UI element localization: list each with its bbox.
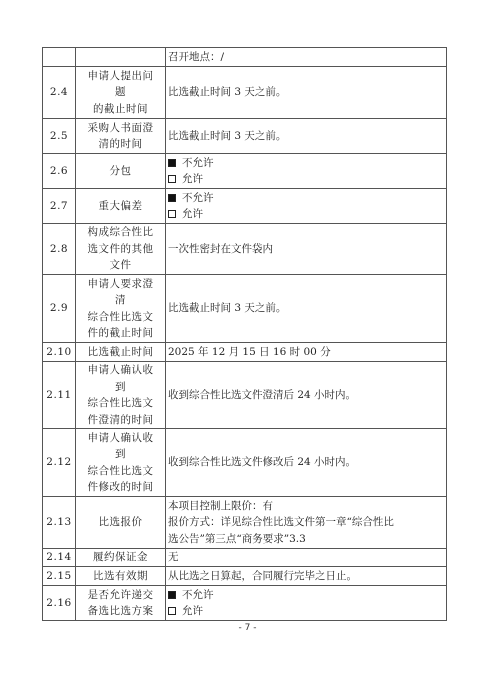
item-label: 申请人要求澄清综合性比选文件的截止时间 [76,275,166,343]
item-label-line: 采购人书面澄 [77,120,164,137]
item-label: 比选有效期 [76,567,166,586]
item-number: 2.7 [43,189,76,224]
item-value-line: 收到综合性比选文件修改后 24 小时内。 [168,454,445,471]
table-row: 2.13比选报价本项目控制上限价：有报价方式：详见综合性比选文件第一章“综合性比… [43,497,447,549]
item-label-line: 备选比选方案 [77,603,164,620]
table-row: 2.11申请人确认收到综合性比选文件澄清的时间收到综合性比选文件澄清后 24 小… [43,362,447,429]
checkbox-option: 允许 [168,171,445,188]
item-value: 一次性密封在文件袋内 [166,224,447,275]
item-label: 比选报价 [76,497,166,549]
item-label-line: 综合性比选文 [77,309,164,326]
checkbox-option-label: 允许 [182,173,203,185]
table-row: 2.15比选有效期从比选之日算起，合同履行完毕之日止。 [43,567,447,586]
item-value: 不允许允许 [166,189,447,224]
item-number: 2.9 [43,275,76,343]
item-number: 2.4 [43,67,76,119]
item-label-line: 构成综合性比 [77,224,164,241]
item-value-line: 比选截止时间 3 天之前。 [168,128,445,145]
item-value: 无 [166,549,447,567]
item-number: 2.8 [43,224,76,275]
item-value: 不允许允许 [166,586,447,621]
item-value: 本项目控制上限价：有报价方式：详见综合性比选文件第一章“综合性比选公告”第三点“… [166,497,447,549]
item-label-line: 综合性比选文 [77,395,164,412]
unchecked-box-icon [168,210,176,218]
item-number: 2.15 [43,567,76,586]
item-label: 比选截止时间 [76,343,166,362]
checkbox-option-label: 不允许 [182,589,214,601]
table-row: 召开地点：/ [43,48,447,67]
checkbox-option-label: 不允许 [182,192,214,204]
item-value: 比选截止时间 3 天之前。 [166,119,447,154]
checkbox-option: 不允许 [168,190,445,207]
item-value: 收到综合性比选文件修改后 24 小时内。 [166,429,447,497]
item-label-line: 履约保证金 [77,549,164,566]
checked-box-icon [168,591,176,599]
item-value-line: 无 [168,549,445,566]
checkbox-option-label: 不允许 [182,157,214,169]
unchecked-box-icon [168,175,176,183]
page-number: - 7 - [0,623,495,633]
table-row: 2.12申请人确认收到综合性比选文件修改的时间收到综合性比选文件修改后 24 小… [43,429,447,497]
item-label-line: 综合性比选文 [77,463,164,480]
item-label: 申请人提出问题的截止时间 [76,67,166,119]
table-row: 2.16是否允许递交备选比选方案不允许允许 [43,586,447,621]
table-row: 2.4申请人提出问题的截止时间比选截止时间 3 天之前。 [43,67,447,119]
item-value-line: 比选截止时间 3 天之前。 [168,84,445,101]
item-label: 是否允许递交备选比选方案 [76,586,166,621]
checkbox-option: 不允许 [168,587,445,604]
item-label: 分包 [76,154,166,189]
table-row: 2.10比选截止时间2025 年 12 月 15 日 16 时 00 分 [43,343,447,362]
item-label: 重大偏差 [76,189,166,224]
item-number: 2.14 [43,549,76,567]
item-value-line: 报价方式：详见综合性比选文件第一章“综合性比 [168,514,445,531]
item-label-line: 重大偏差 [77,198,164,215]
item-value-line: 本项目控制上限价：有 [168,498,445,515]
item-label-line: 的截止时间 [77,101,164,118]
item-label-line: 清的时间 [77,136,164,153]
table-row: 2.8构成综合性比选文件的其他文件一次性密封在文件袋内 [43,224,447,275]
item-value-line: 2025 年 12 月 15 日 16 时 00 分 [168,344,445,361]
item-label: 构成综合性比选文件的其他文件 [76,224,166,275]
item-label-line: 件的截止时间 [77,325,164,342]
item-label: 履约保证金 [76,549,166,567]
item-value-line: 召开地点：/ [168,49,445,66]
item-label-line: 到 [77,379,164,396]
item-label-line: 清 [77,292,164,309]
item-label: 申请人确认收到综合性比选文件澄清的时间 [76,362,166,429]
checkbox-option: 不允许 [168,155,445,172]
item-label-line: 题 [77,84,164,101]
item-value-line: 从比选之日算起，合同履行完毕之日止。 [168,568,445,585]
item-label-line: 件修改的时间 [77,479,164,496]
item-value-line: 选公告”第三点“商务要求”3.3 [168,531,445,548]
bid-data-table: 召开地点：/2.4申请人提出问题的截止时间比选截止时间 3 天之前。2.5采购人… [42,47,447,621]
checkbox-option: 允许 [168,206,445,223]
item-value: 不允许允许 [166,154,447,189]
unchecked-box-icon [168,607,176,615]
table-row: 2.5采购人书面澄清的时间比选截止时间 3 天之前。 [43,119,447,154]
table-row: 2.14履约保证金无 [43,549,447,567]
item-value: 2025 年 12 月 15 日 16 时 00 分 [166,343,447,362]
item-label: 申请人确认收到综合性比选文件修改的时间 [76,429,166,497]
item-value: 比选截止时间 3 天之前。 [166,67,447,119]
item-label-line: 到 [77,446,164,463]
item-label-line: 比选有效期 [77,568,164,585]
item-number: 2.5 [43,119,76,154]
item-number: 2.13 [43,497,76,549]
item-value-line: 收到综合性比选文件澄清后 24 小时内。 [168,387,445,404]
item-number: 2.12 [43,429,76,497]
item-label-line: 申请人要求澄 [77,276,164,293]
item-number: 2.11 [43,362,76,429]
checked-box-icon [168,194,176,202]
item-value: 收到综合性比选文件澄清后 24 小时内。 [166,362,447,429]
item-number: 2.6 [43,154,76,189]
item-label-line: 分包 [77,163,164,180]
table-row: 2.9申请人要求澄清综合性比选文件的截止时间比选截止时间 3 天之前。 [43,275,447,343]
item-number: 2.16 [43,586,76,621]
table-body: 召开地点：/2.4申请人提出问题的截止时间比选截止时间 3 天之前。2.5采购人… [43,48,447,621]
item-label-line: 申请人提出问 [77,68,164,85]
item-label-line: 比选报价 [77,514,164,531]
item-value-line: 比选截止时间 3 天之前。 [168,300,445,317]
table-row: 2.6分包不允许允许 [43,154,447,189]
item-number [43,48,76,67]
item-label-line: 申请人确认收 [77,430,164,447]
checkbox-option-label: 允许 [182,208,203,220]
checked-box-icon [168,159,176,167]
item-label [76,48,166,67]
item-label-line: 申请人确认收 [77,362,164,379]
item-value: 召开地点：/ [166,48,447,67]
item-value: 从比选之日算起，合同履行完毕之日止。 [166,567,447,586]
item-label-line: 是否允许递交 [77,587,164,604]
item-label-line: 文件 [77,257,164,274]
item-number: 2.10 [43,343,76,362]
item-label: 采购人书面澄清的时间 [76,119,166,154]
checkbox-option-label: 允许 [182,605,203,617]
item-label-line: 件澄清的时间 [77,412,164,429]
checkbox-option: 允许 [168,603,445,620]
item-label-line: 比选截止时间 [77,344,164,361]
item-value-line: 一次性密封在文件袋内 [168,241,445,258]
item-label-line: 选文件的其他 [77,241,164,258]
item-value: 比选截止时间 3 天之前。 [166,275,447,343]
table-row: 2.7重大偏差不允许允许 [43,189,447,224]
